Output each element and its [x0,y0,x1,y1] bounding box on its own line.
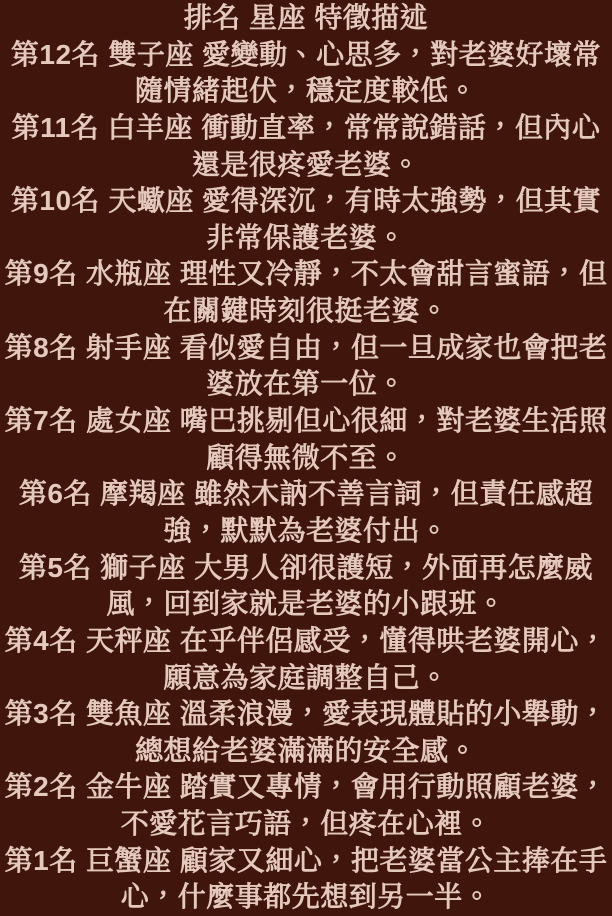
zodiac-husband-ranking-page: 排名 星座 特徵描述 第12名 雙子座 愛變動、心思多，對老婆好壞常隨情緒起伏，… [0,0,612,916]
ranking-list: 第12名 雙子座 愛變動、心思多，對老婆好壞常隨情緒起伏，穩定度較低。第11名 … [3,37,609,916]
entry-description: 愛得深沉，有時太強勢，但其實非常保護老婆。 [202,185,601,253]
entry-sign: 天秤座 [86,625,172,656]
entry-rank: 第8名 [5,332,78,363]
entry-rank: 第6名 [19,478,92,509]
entry-description: 愛變動、心思多，對老婆好壞常隨情緒起伏，穩定度較低。 [135,39,601,107]
entry-sign: 天蠍座 [108,185,194,216]
ranking-entry: 第6名 摩羯座 雖然木訥不善言詞，但責任感超強，默默為老婆付出。 [3,476,609,549]
entry-rank: 第7名 [5,405,78,436]
header-sign-label: 星座 [249,2,306,33]
entry-description: 踏實又專情，會用行動照顧老婆，不愛花言巧語，但疼在心裡。 [121,771,608,839]
entry-sign: 雙子座 [108,39,194,70]
ranking-entry: 第5名 獅子座 大男人卻很護短，外面再怎麼威風，回到家就是老婆的小跟班。 [3,550,609,623]
entry-rank: 第9名 [5,258,78,289]
header-description-label: 特徵描述 [314,2,428,33]
entry-sign: 白羊座 [108,112,194,143]
entry-rank: 第5名 [19,552,92,583]
ranking-entry: 第11名 白羊座 衝動直率，常常說錯話，但內心還是很疼愛老婆。 [3,110,609,183]
entry-description: 溫柔浪漫，愛表現體貼的小舉動，總想給老婆滿滿的安全感。 [135,698,607,766]
entry-sign: 巨蟹座 [86,845,172,876]
table-header: 排名 星座 特徵描述 [3,0,609,37]
ranking-entry: 第4名 天秤座 在乎伴侶感受，懂得哄老婆開心，願意為家庭調整自己。 [3,623,609,696]
entry-sign: 獅子座 [100,552,186,583]
ranking-entry: 第9名 水瓶座 理性又冷靜，不太會甜言蜜語，但在關鍵時刻很挺老婆。 [3,256,609,329]
entry-rank: 第12名 [11,39,100,70]
entry-description: 理性又冷靜，不太會甜言蜜語，但在關鍵時刻很挺老婆。 [163,258,607,326]
entry-description: 衝動直率，常常說錯話，但內心還是很疼愛老婆。 [192,112,600,180]
ranking-entry: 第2名 金牛座 踏實又專情，會用行動照顧老婆，不愛花言巧語，但疼在心裡。 [3,769,609,842]
ranking-entry: 第3名 雙魚座 溫柔浪漫，愛表現體貼的小舉動，總想給老婆滿滿的安全感。 [3,696,609,769]
entry-description: 看似愛自由，但一旦成家也會把老婆放在第一位。 [180,332,608,400]
ranking-entry: 第1名 巨蟹座 顧家又細心，把老婆當公主捧在手心，什麼事都先想到另一半。 [3,843,609,916]
entry-sign: 處女座 [86,405,172,436]
entry-rank: 第10名 [11,185,100,216]
entry-description: 顧家又細心，把老婆當公主捧在手心，什麼事都先想到另一半。 [121,845,608,913]
entry-rank: 第2名 [5,771,78,802]
entry-description: 雖然木訥不善言詞，但責任感超強，默默為老婆付出。 [163,478,593,546]
entry-sign: 金牛座 [86,771,172,802]
entry-description: 在乎伴侶感受，懂得哄老婆開心，願意為家庭調整自己。 [163,625,607,693]
header-rank-label: 排名 [184,2,241,33]
ranking-entry: 第10名 天蠍座 愛得深沉，有時太強勢，但其實非常保護老婆。 [3,183,609,256]
entry-rank: 第4名 [5,625,78,656]
ranking-entry: 第12名 雙子座 愛變動、心思多，對老婆好壞常隨情緒起伏，穩定度較低。 [3,37,609,110]
entry-rank: 第3名 [5,698,78,729]
entry-sign: 雙魚座 [86,698,172,729]
entry-description: 嘴巴挑剔但心很細，對老婆生活照顧得無微不至。 [180,405,608,473]
ranking-entry: 第7名 處女座 嘴巴挑剔但心很細，對老婆生活照顧得無微不至。 [3,403,609,476]
ranking-entry: 第8名 射手座 看似愛自由，但一旦成家也會把老婆放在第一位。 [3,330,609,403]
entry-sign: 水瓶座 [86,258,172,289]
entry-sign: 摩羯座 [100,478,186,509]
entry-rank: 第1名 [5,845,78,876]
entry-rank: 第11名 [12,112,100,143]
entry-sign: 射手座 [86,332,172,363]
